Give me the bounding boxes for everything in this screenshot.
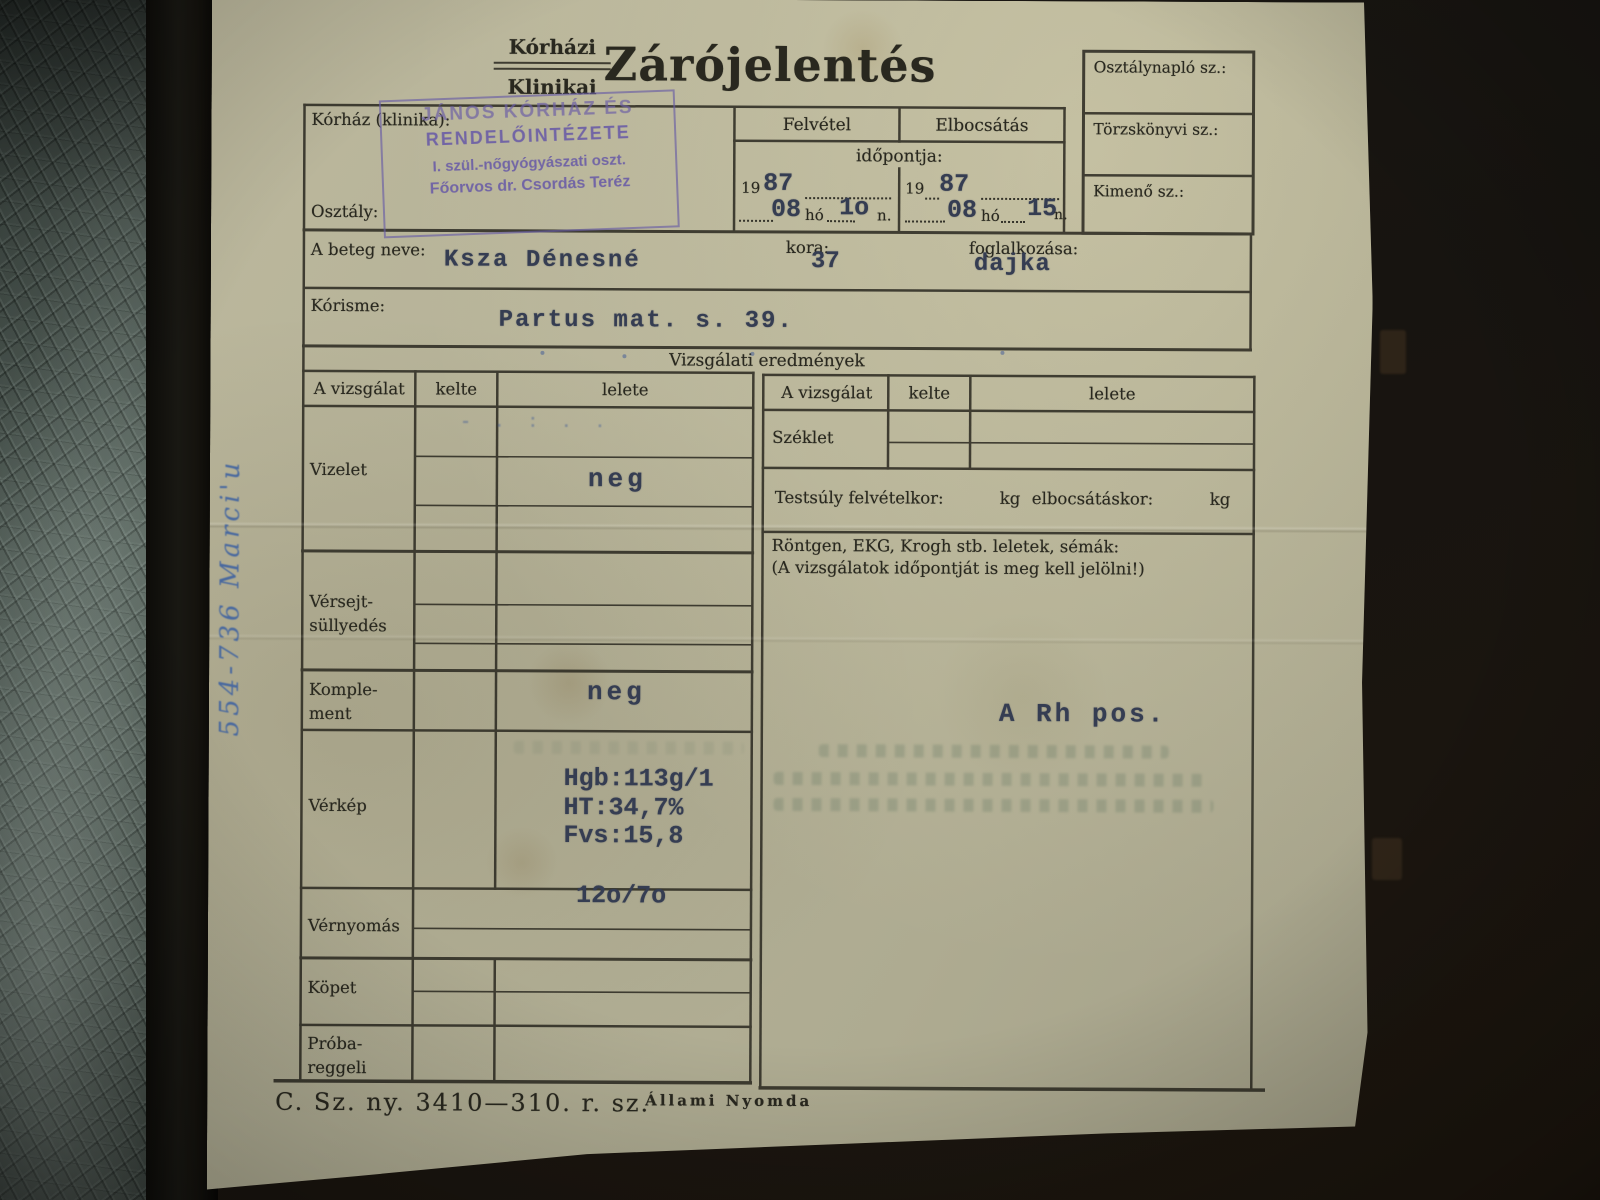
print-code: C. Sz. ny. 3410—310. r. sz. [275, 1088, 650, 1118]
dotted-line [1001, 220, 1025, 223]
form-type-hospital: Kórházi [495, 35, 610, 60]
test-breakfast-line2: reggeli [307, 1056, 366, 1080]
blood-pressure-result: 12o/7o [576, 881, 666, 910]
discharge-year-prefix: 19 [905, 179, 924, 197]
exam-label-stool: Széklet [772, 428, 834, 447]
discharge-year-value: 87 [939, 170, 969, 199]
blood-count-ht: HT:34,7% [563, 793, 683, 823]
test-breakfast-line1: Próba- [307, 1032, 366, 1056]
discharge-month-value: 08 [947, 196, 977, 225]
right-col-date: kelte [888, 383, 970, 402]
esr-line2: süllyedés [309, 614, 387, 638]
ink-bleedthrough [773, 798, 1213, 813]
admission-day-suffix: n. [877, 206, 892, 224]
exam-label-urine: Vizelet [310, 460, 367, 479]
registry-label-master-book: Törzskönyvi sz.: [1093, 120, 1218, 139]
ink-bleedthrough [514, 741, 744, 755]
dotted-line [739, 219, 773, 222]
left-col-exam: A vizsgálat [305, 379, 413, 398]
complement-line2: ment [309, 702, 378, 726]
discharge-month-suffix: hó [981, 207, 1000, 225]
document-page: Kórházi Klinikai Zárójelentés Osztálynap… [207, 0, 1374, 1200]
ink-speck [540, 351, 544, 355]
right-col-exam: A vizsgálat [765, 383, 888, 403]
age-value: 37 [811, 248, 840, 275]
department-label: Osztály: [311, 202, 378, 221]
dotted-line [925, 197, 939, 200]
tape-spot [1380, 330, 1406, 374]
admission-day-value: 1o [839, 193, 869, 222]
ink-speck [622, 354, 626, 358]
occupation-value: dajka [974, 251, 1051, 278]
left-col-date: kelte [415, 379, 497, 398]
results-title: Vizsgálati eredmények [303, 349, 1230, 373]
patient-name-label: A beteg neve: [311, 240, 426, 260]
registry-label-ward-log: Osztálynapló sz.: [1094, 58, 1227, 77]
diagnosis-label: Kórisme: [311, 296, 386, 315]
exam-label-esr: Vérsejt- süllyedés [309, 590, 387, 638]
binder-edge [146, 0, 218, 1200]
admission-year-value: 87 [763, 169, 793, 198]
discharge-header: Elbocsátás [899, 115, 1064, 136]
complement-result: neg [587, 677, 646, 707]
weight-kg-2: kg [1210, 490, 1231, 509]
discharge-day-value: 15 [1027, 194, 1057, 223]
printer-name: Állami Nyomda [645, 1091, 812, 1110]
blood-count-fvs: Fvs:15,8 [563, 821, 683, 851]
form-title: Zárójelentés [604, 37, 937, 92]
admission-year-prefix: 19 [741, 179, 760, 197]
hospital-stamp: JÁNOS KÓRHÁZ ÉS RENDELŐINTÉZETE I. szül.… [379, 89, 680, 238]
xray-note-line1: Röntgen, EKG, Krogh stb. leletek, sémák: [772, 536, 1120, 557]
exam-label-sputum: Köpet [308, 978, 357, 997]
discharge-day-suffix: n. [1054, 207, 1068, 223]
admission-header: Felvétel [734, 115, 899, 136]
handwritten-margin-note: 554-736 Marci'u [214, 382, 256, 812]
tape-spot [1372, 838, 1402, 880]
ink-speck [1000, 351, 1004, 355]
weight-at-discharge-label: elbocsátáskor: [1032, 489, 1153, 509]
photo-of-discharge-form: Kórházi Klinikai Zárójelentés Osztálynap… [0, 0, 1600, 1200]
time-of-label: időpontja: [734, 146, 1064, 167]
exam-label-complement: Komple- ment [309, 678, 378, 726]
ink-speck [750, 352, 754, 356]
urine-faint-marks: - . : . . [460, 413, 611, 434]
weight-at-admission-label: Testsúly felvételkor: [775, 488, 944, 508]
dotted-line [905, 219, 945, 222]
admission-month-suffix: hó [805, 206, 824, 224]
blood-count-hgb: Hgb:113g/1 [564, 764, 714, 794]
registry-label-outgoing: Kimenő sz.: [1093, 182, 1184, 200]
esr-line1: Vérsejt- [309, 590, 387, 614]
patient-name-value: Ksza Dénesné [444, 246, 641, 274]
right-col-result: lelete [970, 384, 1254, 404]
exam-label-blood-count: Vérkép [308, 796, 366, 815]
complement-line1: Komple- [309, 678, 378, 702]
ink-bleedthrough [774, 772, 1204, 787]
diagnosis-value: Partus mat. s. 39. [499, 307, 794, 335]
xray-note-line2: (A vizsgálatok időpontját is meg kell je… [771, 558, 1144, 579]
left-col-result: lelete [497, 380, 753, 400]
exam-label-blood-pressure: Vérnyomás [308, 916, 400, 935]
weight-kg-1: kg [1000, 489, 1021, 508]
stamp-line-4: Főorvos dr. Csordás Teréz [384, 171, 676, 200]
blood-type-result: A Rh pos. [999, 699, 1167, 730]
exam-label-test-breakfast: Próba- reggeli [307, 1032, 366, 1080]
admission-month-value: 08 [771, 195, 801, 224]
ink-bleedthrough [819, 744, 1169, 759]
urine-result: neg [588, 464, 647, 494]
